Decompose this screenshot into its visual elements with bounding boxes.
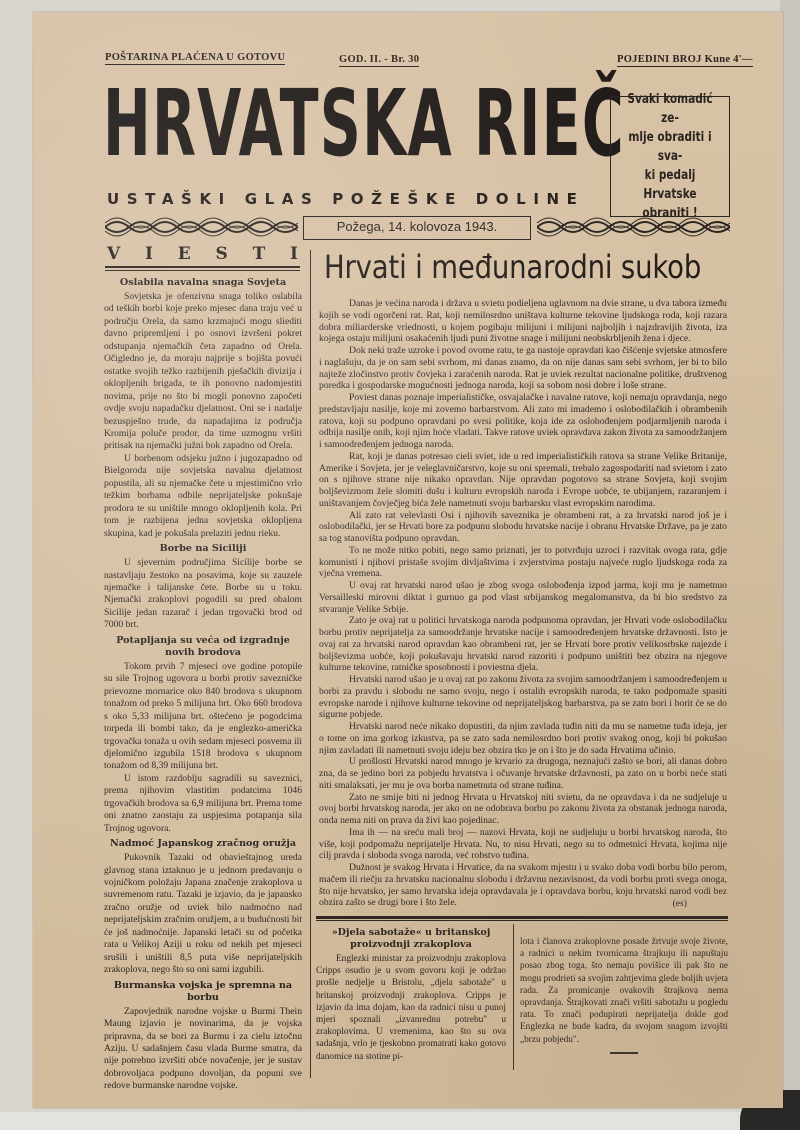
background-edge [780,0,800,1130]
background-surface [0,1112,800,1130]
section-letter: I [290,244,298,264]
article-paragraph: Zato ne smije biti ni jednog Hrvata u Hr… [319,792,727,827]
news-paragraph: Tokom prvih 7 mjeseci ove godine potopil… [104,661,302,773]
bottom-article-paragraph: Englezki ministar za proizvodnju zrakopl… [316,953,506,1063]
bottom-article-paragraph: lota i članova zrakoplovne posade žrtvuj… [520,936,728,1046]
news-paragraph: Pukovnik Tazaki od obavieštajnog ureda g… [104,852,302,977]
bottom-article-col2: lota i članova zrakoplovne posade žrtvuj… [520,936,728,1054]
masthead-subtitle: USTAŠKI GLAS POŽEŠKE DOLINE [107,190,585,208]
news-heading: Oslabila navalna snaga Sovjeta [104,277,302,289]
article-paragraph: Dok neki traže uzroke i povod ovome ratu… [319,345,727,392]
end-mark [610,1052,638,1054]
news-column: Oslabila navalna snaga Sovjeta Sovjetska… [104,274,302,1093]
section-letter: V [107,244,120,264]
article-paragraph: U ovaj rat hrvatski narod ušao je zbog s… [319,580,727,615]
article-paragraph: Ali zato rat velevlasti Osi i njihovih s… [319,510,727,545]
slogan-box: Svaki komadić ze- mlje obraditi i sva- k… [610,96,730,217]
news-heading: Potapljanja su veća od izgradnje novih b… [104,635,302,659]
news-paragraph: U sjevernim područjima Sicilije borbe se… [104,557,302,632]
article-paragraph: U prošlosti Hrvatski narod mnogo je krva… [319,756,727,791]
section-title-viesti: V I E S T I [105,244,300,264]
news-paragraph: U istom razdoblju sagradili su saveznici… [104,773,302,835]
news-paragraph: U borbenom odsjeku južno i jugozapadno o… [104,453,302,540]
rope-ornament-left [105,217,298,237]
postage-note: POŠTARINA PLAĆENA U GOTOVU [105,52,285,65]
newspaper-page: POŠTARINA PLAĆENA U GOTOVU GOD. II. - Br… [33,12,783,1108]
issue-number: GOD. II. - Br. 30 [339,54,419,67]
slogan-text: Svaki komadić ze- mlje obraditi i sva- k… [624,90,716,223]
article-divider [316,916,728,921]
article-paragraph: Hrvatski narod neće nikako dopustiti, da… [319,721,727,756]
news-heading: Nadmoć Japanskog zračnog oružja [104,838,302,850]
article-paragraph: Poviest danas poznaje imperialističke, o… [319,392,727,451]
section-letter: T [253,244,266,264]
rope-ornament-right [537,217,730,237]
main-article-body: Danas je većina naroda i država u svietu… [319,298,727,910]
bottom-article-heading: »Djela sabotaže« u britanskoj proizvodnj… [316,927,506,951]
article-paragraph: Zato je ovaj rat u politici hrvatskoga n… [319,615,727,674]
news-paragraph: Sovjetska je ofenzivna snaga toliko osla… [104,291,302,453]
column-divider [310,250,311,1078]
article-paragraph: To ne može nitko pobiti, nego samo prizn… [319,545,727,580]
news-heading: Burmanska vojska je spremna na borbu [104,980,302,1004]
masthead-title: HRVATSKA RIEČ [103,78,625,170]
section-letter: E [178,244,191,264]
article-paragraph: Rat, koji je danas potresao cieli sviet,… [319,451,727,510]
article-paragraph: Ima ih — na sreću mali broj — nazovi Hrv… [319,827,727,862]
news-paragraph: Zapovjednik narodne vojske u Burmi Thein… [104,1006,302,1093]
section-letter: I [145,244,153,264]
section-rule [105,266,300,271]
column-divider [513,924,514,1070]
issue-date: Požega, 14. kolovoza 1943. [303,216,531,240]
bottom-article-col1: »Djela sabotaže« u britanskoj proizvodnj… [316,924,506,1063]
section-letter: S [216,244,228,264]
news-heading: Borbe na Siciliji [104,543,302,555]
article-paragraph: Danas je većina naroda i država u svietu… [319,298,727,345]
issue-price: POJEDINI BROJ Kune 4'— [617,54,753,67]
main-headline: Hrvati i međunarodni sukob [324,248,701,286]
article-paragraph: Hrvatski narod ušao je u ovaj rat po zak… [319,674,727,721]
